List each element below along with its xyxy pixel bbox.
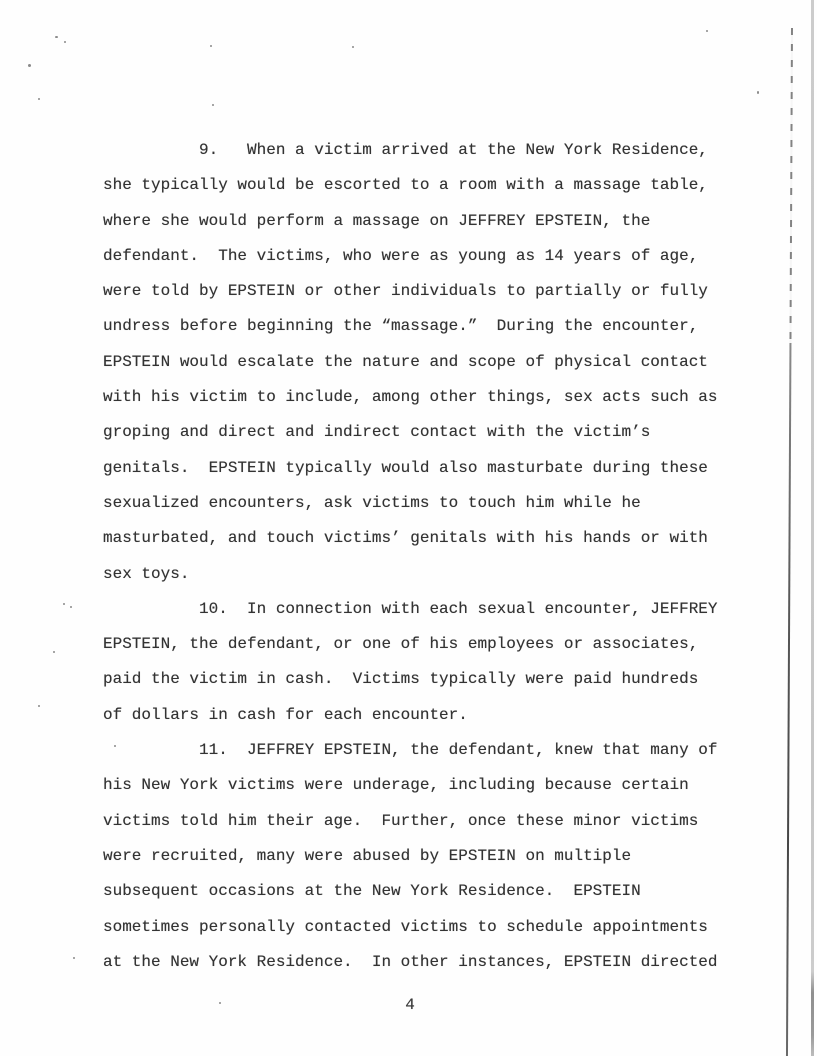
document-line: defendant. The victims, who were as youn… <box>103 239 763 274</box>
document-line: paid the victim in cash. Victims typical… <box>103 662 763 697</box>
scan-speck <box>706 30 708 32</box>
scan-speck <box>53 651 55 653</box>
scan-speck <box>63 603 65 605</box>
scan-artifact-vertical-line <box>786 28 793 1056</box>
document-line: of dollars in cash for each encounter. <box>103 698 763 733</box>
document-line: genitals. EPSTEIN typically would also m… <box>103 451 763 486</box>
scan-speck <box>219 1002 221 1004</box>
document-line: sometimes personally contacted victims t… <box>103 910 763 945</box>
scan-speck <box>55 36 58 38</box>
document-line: 10. In connection with each sexual encou… <box>103 592 763 627</box>
scan-speck <box>70 606 72 608</box>
scan-speck <box>38 705 40 707</box>
document-line: sexualized encounters, ask victims to to… <box>103 486 763 521</box>
document-line: she typically would be escorted to a roo… <box>103 168 763 203</box>
document-line: sex toys. <box>103 557 763 592</box>
scan-artifact-solid-segment <box>786 343 791 1056</box>
document-line: were recruited, many were abused by EPST… <box>103 839 763 874</box>
document-line: undress before beginning the “massage.” … <box>103 309 763 344</box>
scan-artifact-edge-line <box>811 0 814 1056</box>
document-page: 9. When a victim arrived at the New York… <box>0 0 817 1056</box>
document-line: 11. JEFFREY EPSTEIN, the defendant, knew… <box>103 733 763 768</box>
document-line: where she would perform a massage on JEF… <box>103 204 763 239</box>
document-line: masturbated, and touch victims’ genitals… <box>103 521 763 556</box>
document-line: 9. When a victim arrived at the New York… <box>103 133 763 168</box>
scan-speck <box>757 91 759 94</box>
document-line: EPSTEIN, the defendant, or one of his em… <box>103 627 763 662</box>
page-number: 4 <box>103 995 717 1015</box>
document-text: 9. When a victim arrived at the New York… <box>103 133 763 980</box>
document-line: subsequent occasions at the New York Res… <box>103 874 763 909</box>
document-line: his New York victims were underage, incl… <box>103 768 763 803</box>
document-line: were told by EPSTEIN or other individual… <box>103 274 763 309</box>
scan-speck <box>73 957 75 959</box>
scan-speck <box>114 745 116 747</box>
scan-speck <box>352 46 354 48</box>
document-line: with his victim to include, among other … <box>103 380 763 415</box>
document-line: groping and direct and indirect contact … <box>103 415 763 450</box>
document-line: EPSTEIN would escalate the nature and sc… <box>103 345 763 380</box>
scan-speck <box>210 45 212 47</box>
scan-speck <box>38 98 40 100</box>
document-line: victims told him their age. Further, onc… <box>103 804 763 839</box>
scan-speck <box>64 41 66 43</box>
scan-artifact-dashed-segment <box>789 28 792 343</box>
scan-speck <box>28 64 31 67</box>
scan-speck <box>212 104 214 106</box>
document-line: at the New York Residence. In other inst… <box>103 945 763 980</box>
